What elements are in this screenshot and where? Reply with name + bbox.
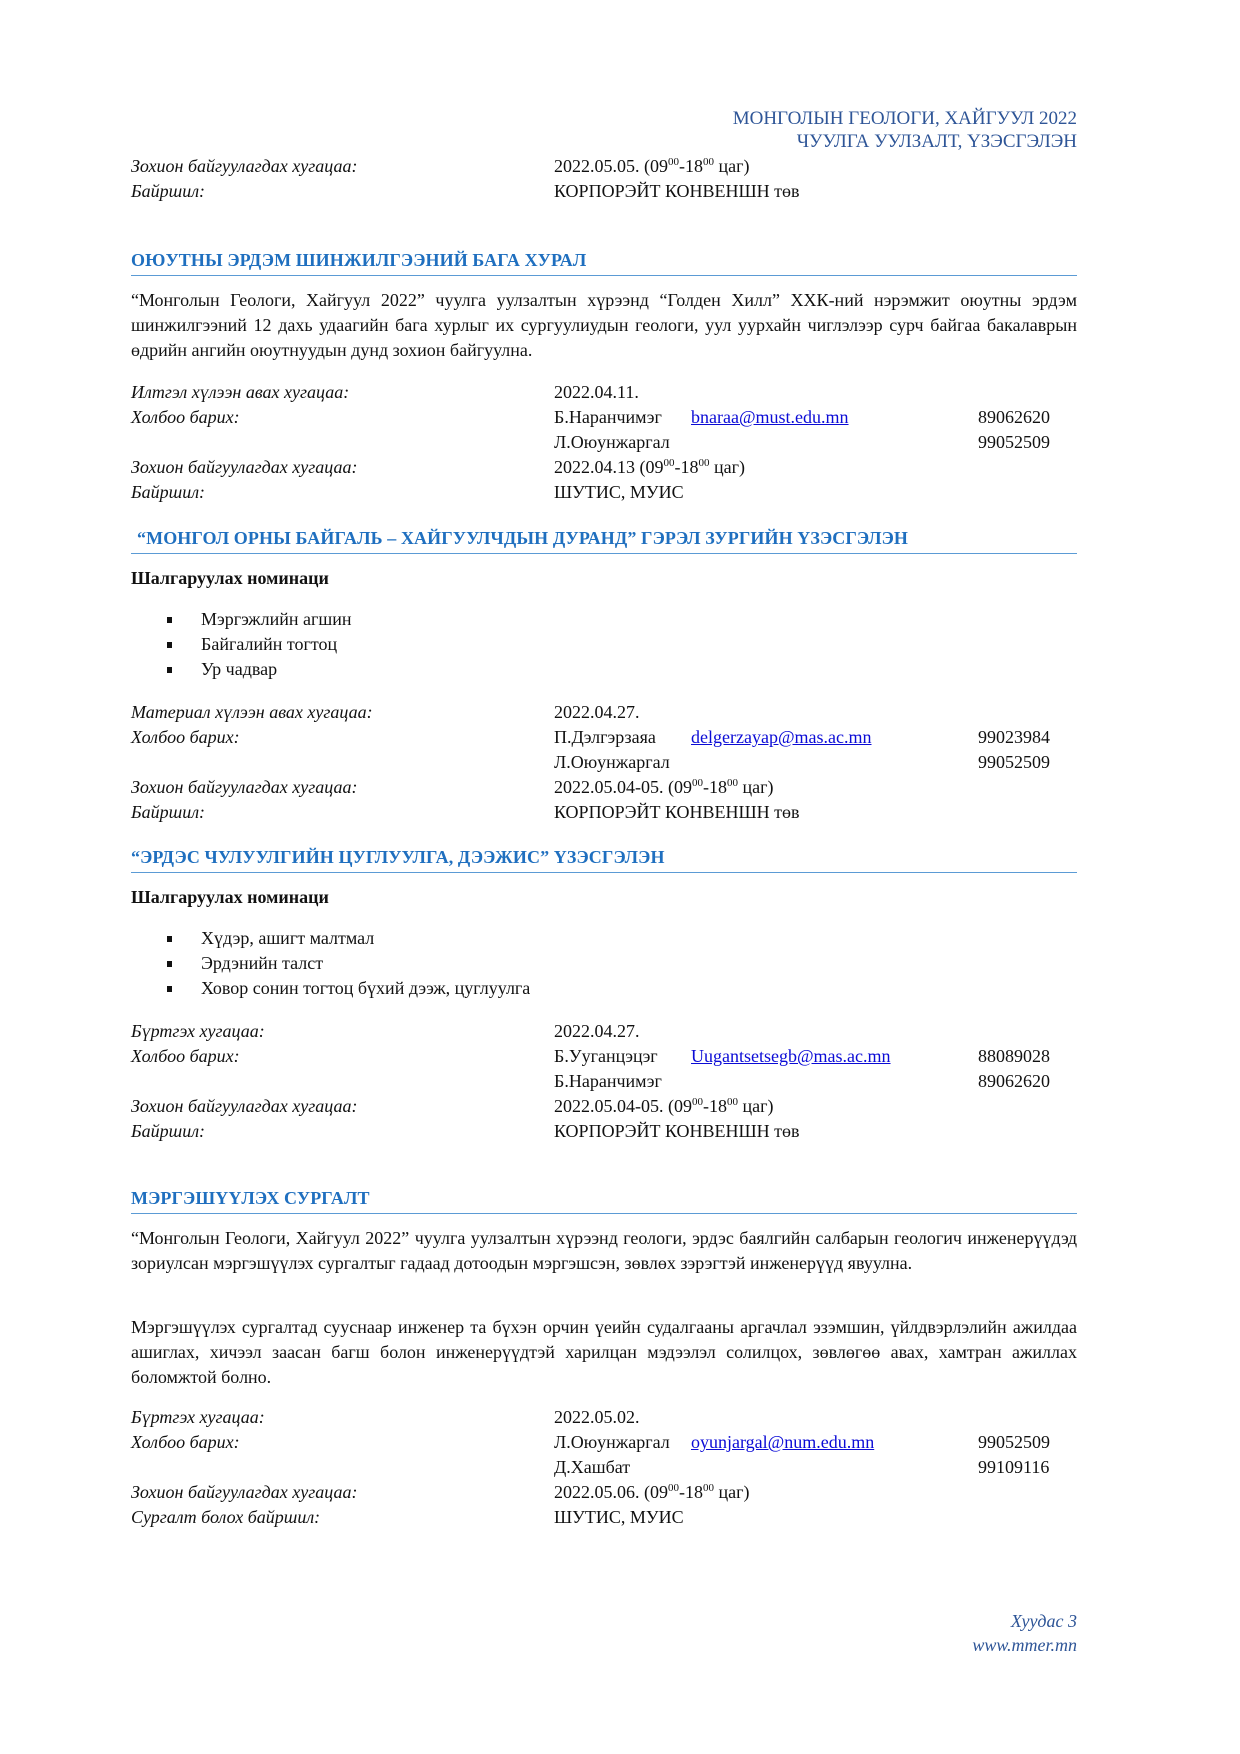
contact-name: П.Дэлгэрзаяа (554, 725, 656, 750)
info-row-event-date: Зохион байгуулагдах хугацаа: 2022.04.13 … (131, 455, 1077, 480)
section-paragraph: “Монголын Геологи, Хайгуул 2022” чуулга … (131, 288, 1077, 363)
contact-row: Холбоо барих: П.Дэлгэрзаяа delgerzayap@m… (131, 725, 1077, 750)
contact-email-link[interactable]: Uugantsetsegb@mas.ac.mn (691, 1044, 891, 1069)
contact-name: Д.Хашбат (554, 1455, 630, 1480)
contact-name: Б.Наранчимэг (554, 1069, 662, 1094)
list-item: Байгалийн тогтоц (131, 632, 352, 657)
info-row-location: Сургалт болох байршил: ШУТИС, МУИС (131, 1505, 1077, 1530)
info-row-event-date: Зохион байгуулагдах хугацаа: 2022.05.06.… (131, 1480, 1077, 1505)
contact-row: Л.Оюунжаргал 99052509 (131, 430, 1077, 455)
nominations-list: Хүдэр, ашигт малтмал Эрдэнийн талст Хово… (131, 926, 530, 1001)
website-link[interactable]: www.mmer.mn (972, 1633, 1077, 1657)
nominations-list: Мэргэжлийн агшин Байгалийн тогтоц Ур чад… (131, 607, 352, 682)
contact-phone: 99052509 (978, 1430, 1050, 1455)
contact-name: Л.Оюунжаргал (554, 750, 670, 775)
running-header: МОНГОЛЫН ГЕОЛОГИ, ХАЙГУУЛ 2022 ЧУУЛГА УУ… (733, 107, 1077, 153)
info-value: 2022.05.05. (0900-1800 цаг) (554, 154, 750, 179)
header-line-1: МОНГОЛЫН ГЕОЛОГИ, ХАЙГУУЛ 2022 (733, 107, 1077, 130)
contact-email-link[interactable]: oyunjargal@num.edu.mn (691, 1430, 874, 1455)
contact-row: Д.Хашбат 99109116 (131, 1455, 1077, 1480)
list-item: Мэргэжлийн агшин (131, 607, 352, 632)
info-row-deadline: Материал хүлээн авах хугацаа: 2022.04.27… (131, 700, 1077, 725)
info-row-event-date: Зохион байгуулагдах хугацаа: 2022.05.04-… (131, 775, 1077, 800)
contact-name: Л.Оюунжаргал (554, 1430, 670, 1455)
bullet-icon (167, 986, 172, 992)
list-item: Ховор сонин тогтоц бүхий дээж, цуглуулга (131, 976, 530, 1001)
section-heading-student-conference: ОЮУТНЫ ЭРДЭМ ШИНЖИЛГЭЭНИЙ БАГА ХУРАЛ (131, 249, 1077, 276)
info-value: КОРПОРЭЙТ КОНВЕНШН төв (554, 179, 800, 204)
info-row-event-date: Зохион байгуулагдах хугацаа: 2022.05.04-… (131, 1094, 1077, 1119)
bullet-icon (167, 667, 172, 673)
bullet-icon (167, 936, 172, 942)
info-row-location: Байршил: КОРПОРЭЙТ КОНВЕНШН төв (131, 800, 1077, 825)
info-label: Зохион байгуулагдах хугацаа: (131, 154, 357, 179)
contact-phone: 99109116 (978, 1455, 1049, 1480)
info-row-deadline: Илтгэл хүлээн авах хугацаа: 2022.04.11. (131, 380, 1077, 405)
contact-phone: 89062620 (978, 405, 1050, 430)
nominations-subheading: Шалгаруулах номинаци (131, 566, 329, 591)
info-label: Байршил: (131, 179, 205, 204)
info-row-location: Байршил: КОРПОРЭЙТ КОНВЕНШН төв (131, 1119, 1077, 1144)
section-heading-photo-exhibition: “МОНГОЛ ОРНЫ БАЙГАЛЬ – ХАЙГУУЛЧДЫН ДУРАН… (131, 527, 1077, 554)
bullet-icon (167, 961, 172, 967)
header-line-2: ЧУУЛГА УУЛЗАЛТ, ҮЗЭСГЭЛЭН (733, 130, 1077, 153)
list-item: Хүдэр, ашигт малтмал (131, 926, 530, 951)
contact-name: Б.Ууганцэцэг (554, 1044, 658, 1069)
section-heading-mineral-exhibition: “ЭРДЭС ЧУЛУУЛГИЙН ЦУГЛУУЛГА, ДЭЭЖИС” ҮЗЭ… (131, 846, 1077, 873)
info-row-deadline: Бүртгэх хугацаа: 2022.04.27. (131, 1019, 1077, 1044)
contact-row: Холбоо барих: Л.Оюунжаргал oyunjargal@nu… (131, 1430, 1077, 1455)
section-heading-training: МЭРГЭШҮҮЛЭХ СУРГАЛТ (131, 1187, 1077, 1214)
list-item: Эрдэнийн талст (131, 951, 530, 976)
contact-row: Холбоо барих: Б.Ууганцэцэг Uugantsetsegb… (131, 1044, 1077, 1069)
section-paragraph-2: Мэргэшүүлэх сургалтад сууснаар инженер т… (131, 1315, 1077, 1390)
section-paragraph: “Монголын Геологи, Хайгуул 2022” чуулга … (131, 1226, 1077, 1276)
info-row-location: Байршил: ШУТИС, МУИС (131, 480, 1077, 505)
contact-row: Б.Наранчимэг 89062620 (131, 1069, 1077, 1094)
contact-phone: 99052509 (978, 750, 1050, 775)
contact-phone: 89062620 (978, 1069, 1050, 1094)
list-item: Ур чадвар (131, 657, 352, 682)
info-row-deadline: Бүртгэх хугацаа: 2022.05.02. (131, 1405, 1077, 1430)
contact-row: Л.Оюунжаргал 99052509 (131, 750, 1077, 775)
contact-name: Л.Оюунжаргал (554, 430, 670, 455)
info-row-event-date: Зохион байгуулагдах хугацаа: 2022.05.05.… (131, 154, 1077, 179)
contact-phone: 99023984 (978, 725, 1050, 750)
contact-phone: 88089028 (978, 1044, 1050, 1069)
bullet-icon (167, 642, 172, 648)
info-row-location: Байршил: КОРПОРЭЙТ КОНВЕНШН төв (131, 179, 1077, 204)
contact-row: Холбоо барих: Б.Наранчимэг bnaraa@must.e… (131, 405, 1077, 430)
page-footer: Хуудас 3 www.mmer.mn (972, 1609, 1077, 1657)
contact-email-link[interactable]: bnaraa@must.edu.mn (691, 405, 849, 430)
contact-email-link[interactable]: delgerzayap@mas.ac.mn (691, 725, 872, 750)
nominations-subheading: Шалгаруулах номинаци (131, 885, 329, 910)
bullet-icon (167, 617, 172, 623)
contact-phone: 99052509 (978, 430, 1050, 455)
page-number: Хуудас 3 (972, 1609, 1077, 1633)
contact-name: Б.Наранчимэг (554, 405, 662, 430)
